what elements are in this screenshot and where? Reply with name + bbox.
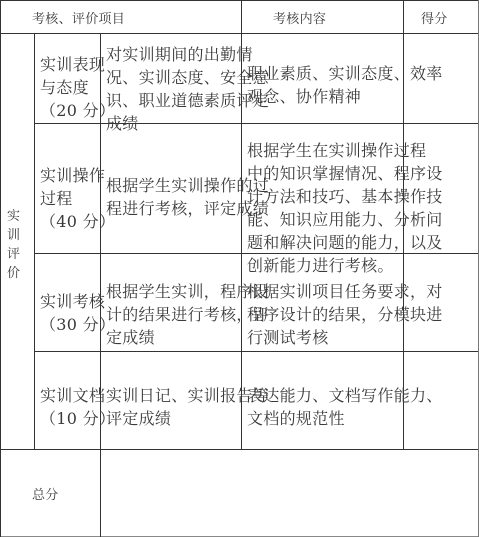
row-item: 实训表现 与态度 （20 分） — [40, 52, 115, 121]
row-method: 根据学生实训，程序设 计的结果进行考核，评 定成绩 — [106, 279, 269, 348]
score-cell-3[interactable] — [404, 254, 478, 351]
evaluation-table: 考核、评价项目 考核内容 得分 实 训 评 价 实训表现 与态度 （20 分） … — [0, 0, 479, 537]
row-method: 对实训期间的出勤情 况、实训态度、安全意 识、职业道德素质评定 成绩 — [106, 42, 269, 134]
header-content: 考核内容 — [273, 8, 326, 27]
row-item: 实训考核 （30 分） — [40, 289, 115, 335]
row-item: 实训文档 （10 分） — [40, 383, 115, 429]
header-score: 得分 — [421, 8, 448, 27]
total-label: 总分 — [32, 484, 59, 503]
table-border-left — [0, 0, 1, 537]
score-cell-4[interactable] — [404, 352, 478, 449]
table-border-top — [0, 0, 479, 1]
row-item: 实训操作 过程 （40 分） — [40, 163, 115, 232]
group-label: 实 训 评 价 — [7, 207, 20, 283]
score-cell-1[interactable] — [404, 34, 478, 123]
row-method: 根据学生实训操作的过 程进行考核，评定成绩 — [106, 173, 269, 219]
score-cell-2[interactable] — [404, 124, 478, 253]
group-col-divider — [34, 33, 35, 449]
header-item: 考核、评价项目 — [32, 8, 125, 27]
total-score-cell[interactable] — [101, 450, 478, 536]
row-method: 实训日记、实训报告等 评定成绩 — [106, 383, 269, 429]
